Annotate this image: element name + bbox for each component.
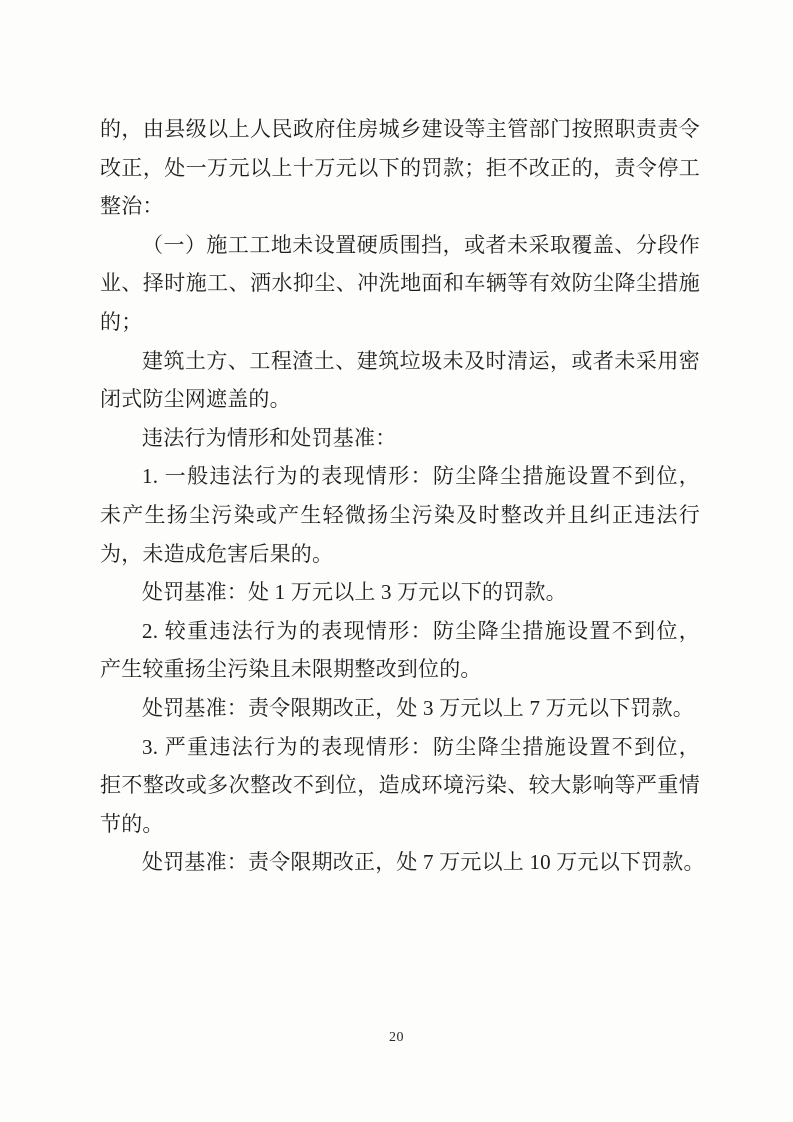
paragraph: 处罚基准：处 1 万元以上 3 万元以下的罚款。	[100, 573, 700, 612]
text-line: 3. 严重违法行为的表现情形：防尘降尘措施设置不到位，	[100, 728, 700, 767]
text-line: 闭式防尘网遮盖的。	[100, 380, 700, 419]
paragraph: 违法行为情形和处罚基准：	[100, 419, 700, 458]
text-line: 1. 一般违法行为的表现情形：防尘降尘措施设置不到位，	[100, 457, 700, 496]
paragraph: 2. 较重违法行为的表现情形：防尘降尘措施设置不到位，产生较重扬尘污染且未限期整…	[100, 612, 700, 689]
text-line: （一）施工工地未设置硬质围挡，或者未采取覆盖、分段作	[100, 226, 700, 265]
document-page: 的，由县级以上人民政府住房城乡建设等主管部门按照职责责令改正，处一万元以上十万元…	[0, 0, 793, 1122]
page-number: 20	[389, 1030, 404, 1045]
paragraph: 处罚基准：责令限期改正，处 3 万元以上 7 万元以下罚款。	[100, 689, 700, 728]
paragraph: 处罚基准：责令限期改正，处 7 万元以上 10 万元以下罚款。	[100, 843, 700, 882]
paragraph: 建筑土方、工程渣土、建筑垃圾未及时清运，或者未采用密闭式防尘网遮盖的。	[100, 342, 700, 419]
paragraph: 3. 严重违法行为的表现情形：防尘降尘措施设置不到位，拒不整改或多次整改不到位，…	[100, 728, 700, 844]
text-line: 产生较重扬尘污染且未限期整改到位的。	[100, 650, 700, 689]
text-line: 2. 较重违法行为的表现情形：防尘降尘措施设置不到位，	[100, 612, 700, 651]
text-line: 拒不整改或多次整改不到位，造成环境污染、较大影响等严重情	[100, 766, 700, 805]
text-line: 违法行为情形和处罚基准：	[100, 419, 700, 458]
text-line: 未产生扬尘污染或产生轻微扬尘污染及时整改并且纠正违法行	[100, 496, 700, 535]
document-body: 的，由县级以上人民政府住房城乡建设等主管部门按照职责责令改正，处一万元以上十万元…	[100, 110, 700, 882]
text-line: 的；	[100, 303, 700, 342]
text-line: 为，未造成危害后果的。	[100, 535, 700, 574]
text-line: 改正，处一万元以上十万元以下的罚款；拒不改正的，责令停工	[100, 149, 700, 188]
text-line: 节的。	[100, 805, 700, 844]
text-line: 业、择时施工、洒水抑尘、冲洗地面和车辆等有效防尘降尘措施	[100, 264, 700, 303]
text-line: 的，由县级以上人民政府住房城乡建设等主管部门按照职责责令	[100, 110, 700, 149]
page-footer: 20	[0, 1028, 793, 1046]
scanned-document: { "page": { "number": "20", "body": { "p…	[0, 0, 793, 1122]
text-line: 整治：	[100, 187, 700, 226]
paragraph: 的，由县级以上人民政府住房城乡建设等主管部门按照职责责令改正，处一万元以上十万元…	[100, 110, 700, 226]
text-line: 处罚基准：责令限期改正，处 3 万元以上 7 万元以下罚款。	[100, 689, 700, 728]
text-line: 建筑土方、工程渣土、建筑垃圾未及时清运，或者未采用密	[100, 342, 700, 381]
text-line: 处罚基准：责令限期改正，处 7 万元以上 10 万元以下罚款。	[100, 843, 700, 882]
paragraph: 1. 一般违法行为的表现情形：防尘降尘措施设置不到位，未产生扬尘污染或产生轻微扬…	[100, 457, 700, 573]
text-line: 处罚基准：处 1 万元以上 3 万元以下的罚款。	[100, 573, 700, 612]
paragraph: （一）施工工地未设置硬质围挡，或者未采取覆盖、分段作业、择时施工、洒水抑尘、冲洗…	[100, 226, 700, 342]
